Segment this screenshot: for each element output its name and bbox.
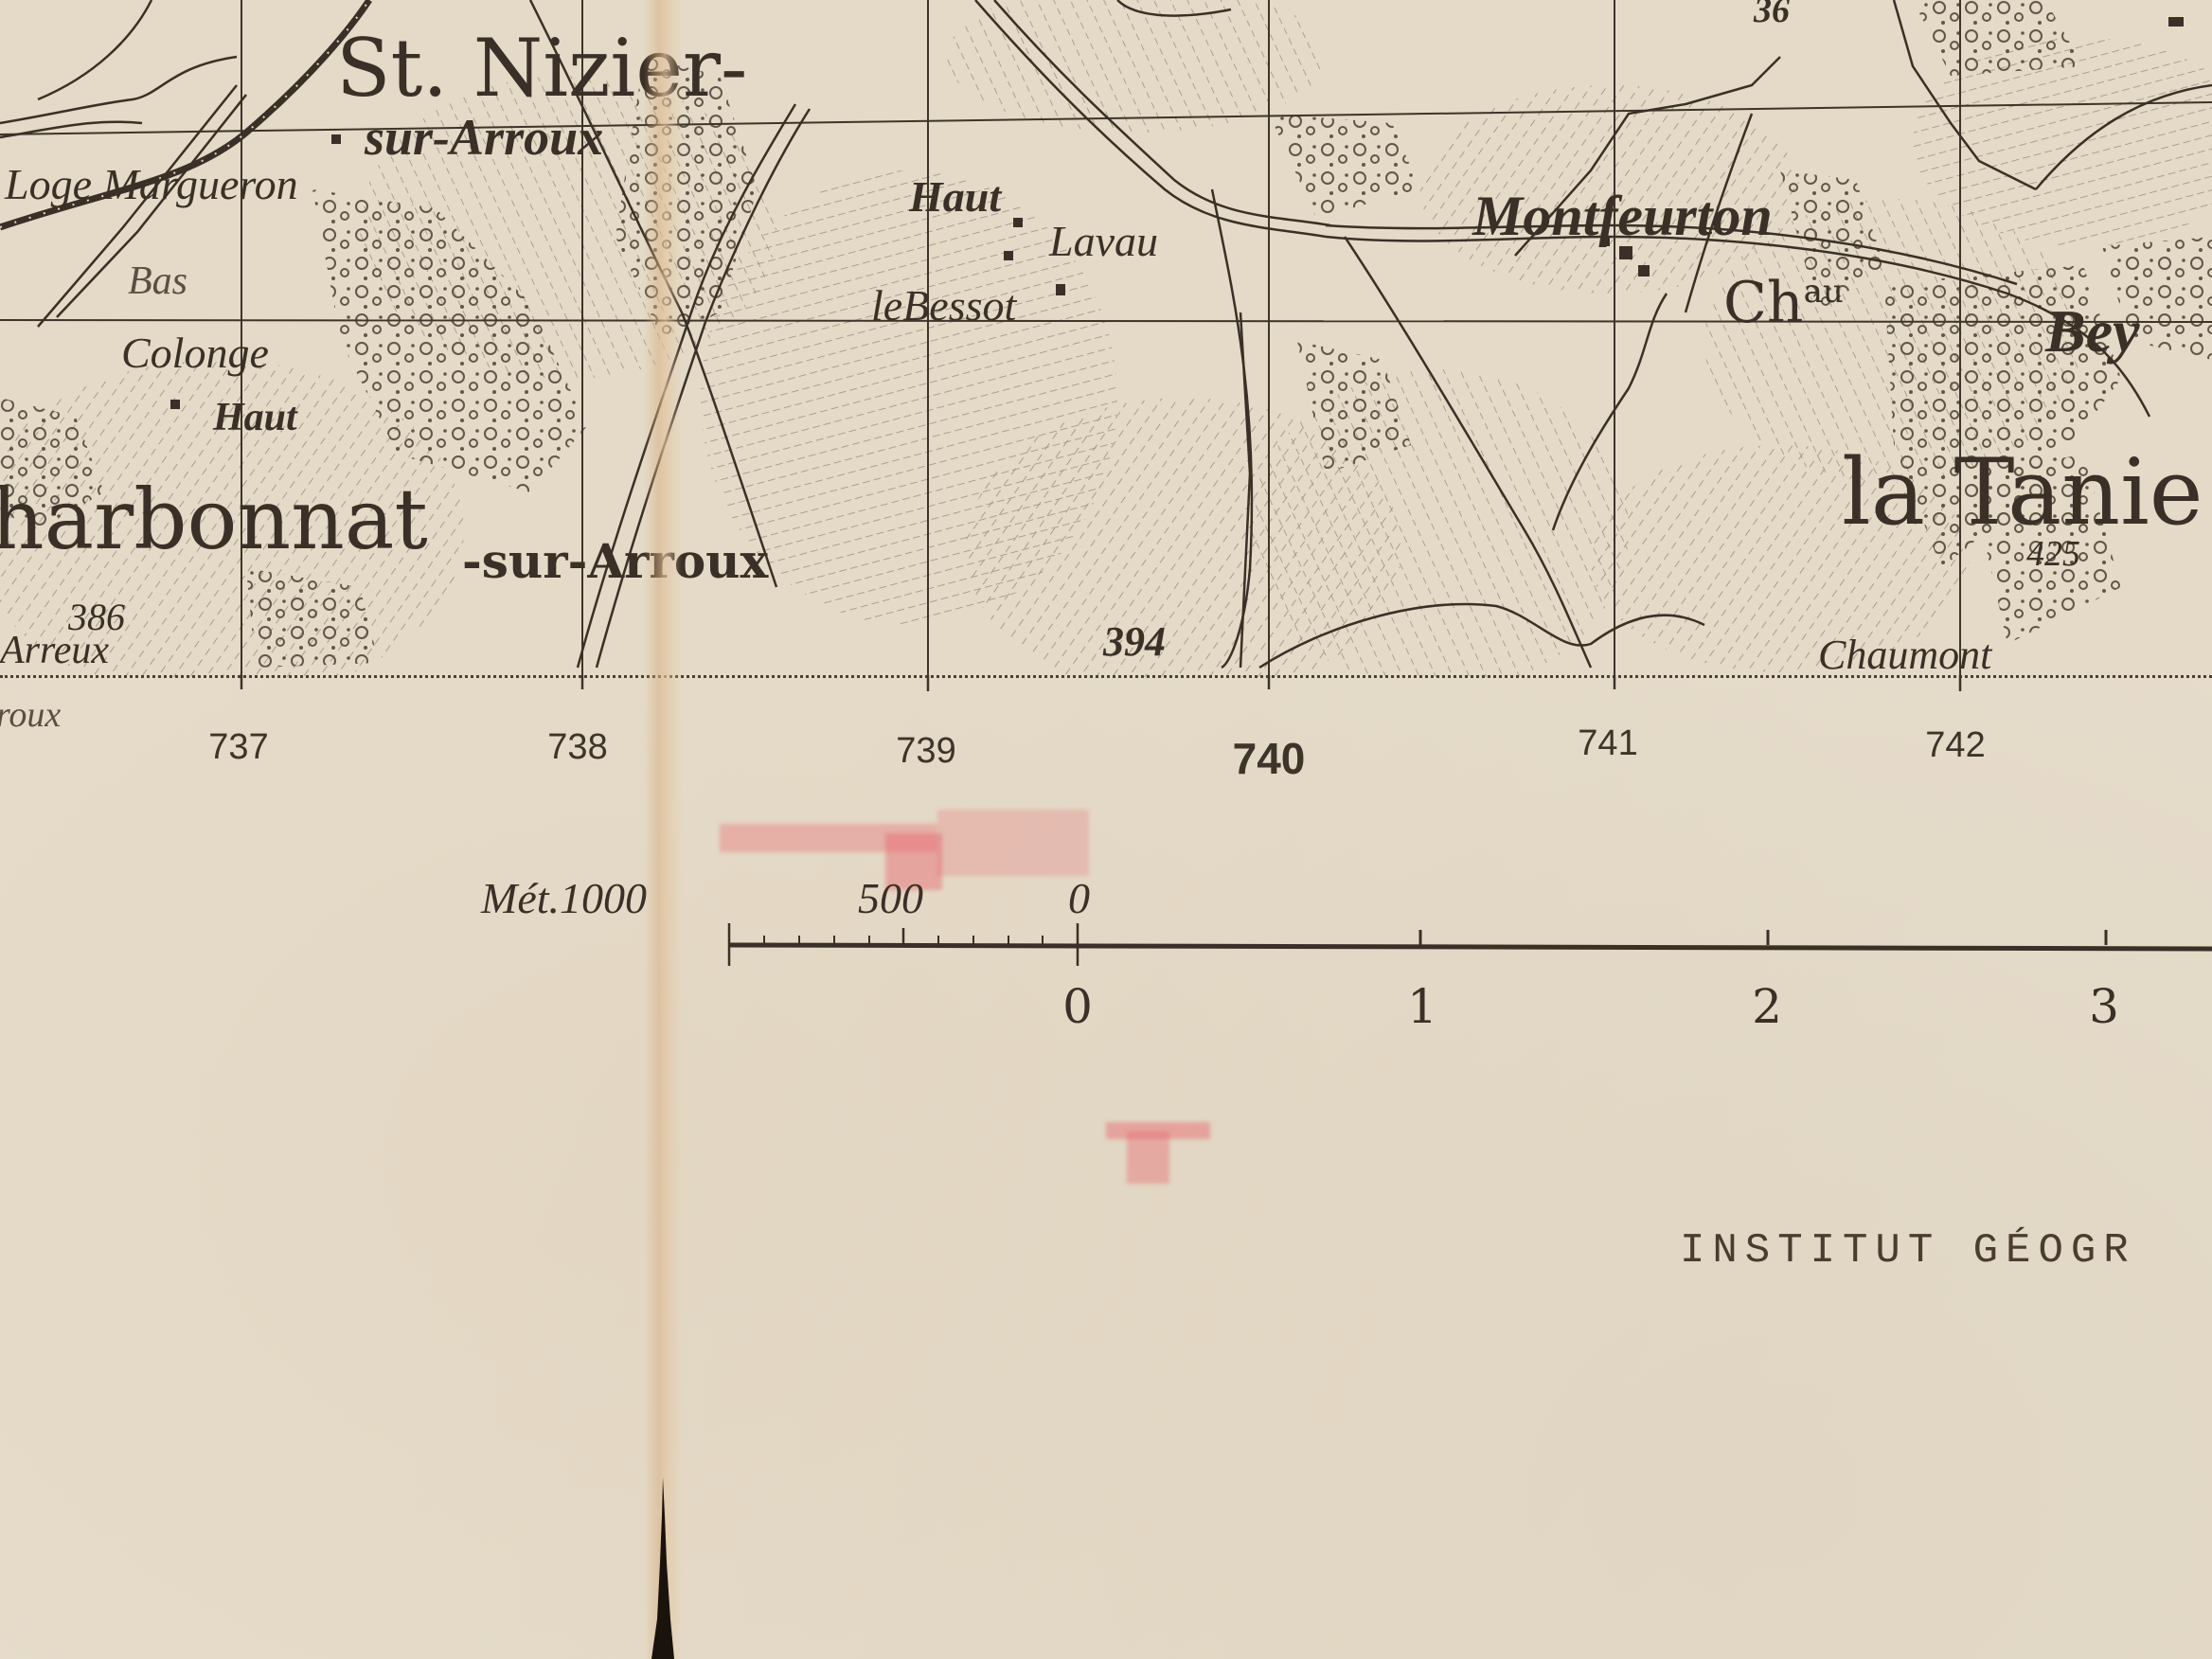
margin-roux: roux — [0, 697, 61, 733]
place-st-nizier: St. Nizier- — [336, 28, 747, 108]
place-la-taniere: la Tanie — [1842, 447, 2203, 538]
scale-meters-label: Mét.1000 — [481, 873, 647, 923]
scale-500-label: 500 — [858, 873, 923, 923]
red-pencil-mark — [937, 810, 1089, 876]
place-chateau-text: Ch — [1723, 270, 1804, 336]
easting-737: 737 — [208, 727, 268, 768]
scale-0-meters-label: 0 — [1068, 873, 1090, 923]
place-le-bessot: leBessot — [871, 284, 1016, 328]
elevation-425: 425 — [2026, 536, 2080, 572]
place-bey: Bey — [2045, 301, 2140, 362]
place-bas: Bas — [128, 261, 187, 301]
easting-742: 742 — [1925, 725, 1985, 766]
place-sur-arroux-1: sur-Arroux — [365, 112, 603, 163]
place-chaumont: Chaumont — [1818, 634, 1991, 676]
easting-741: 741 — [1578, 723, 1637, 764]
map-neatline — [0, 675, 2212, 678]
place-sur-arroux-2: -sur-Arroux — [462, 538, 768, 585]
easting-738: 738 — [547, 727, 607, 768]
easting-740: 740 — [1233, 733, 1306, 784]
terrain-hachures — [0, 0, 2212, 677]
paper-fold-crease — [644, 0, 682, 1659]
place-haut-lavau: Haut — [909, 175, 1001, 219]
place-montfeurton: Montfeurton — [1472, 187, 1773, 244]
place-lavau: Lavau — [1049, 220, 1158, 263]
place-colonge: Colonge — [121, 331, 269, 375]
elevation-386: 386 — [68, 598, 125, 636]
place-haut-colonge: Haut — [213, 398, 297, 437]
scale-km-0: 0 — [1062, 979, 1093, 1034]
red-pencil-mark — [1127, 1132, 1169, 1184]
map-linework — [0, 0, 2212, 677]
scale-km-3: 3 — [2089, 979, 2119, 1034]
place-chateau-sup: au — [1804, 273, 1844, 311]
place-st-nizier-text: St. Nizier- — [336, 22, 747, 115]
elevation-361: 36 — [1754, 0, 1790, 28]
paper-tear — [651, 1477, 674, 1659]
scale-km-2: 2 — [1752, 979, 1782, 1034]
place-charbonnat: harbonnat — [0, 478, 428, 562]
place-chateau: Chau — [1723, 275, 1844, 331]
publisher-imprint: INSTITUT GÉOGR — [1680, 1227, 2136, 1275]
topographic-map-area: St. Nizier- sur-Arroux Loge Margueron Ba… — [0, 0, 2212, 677]
easting-739: 739 — [896, 731, 955, 772]
elevation-394: 394 — [1103, 621, 1166, 663]
scale-km-1: 1 — [1407, 979, 1437, 1034]
place-loge-margueron: Loge Margueron — [5, 163, 298, 206]
